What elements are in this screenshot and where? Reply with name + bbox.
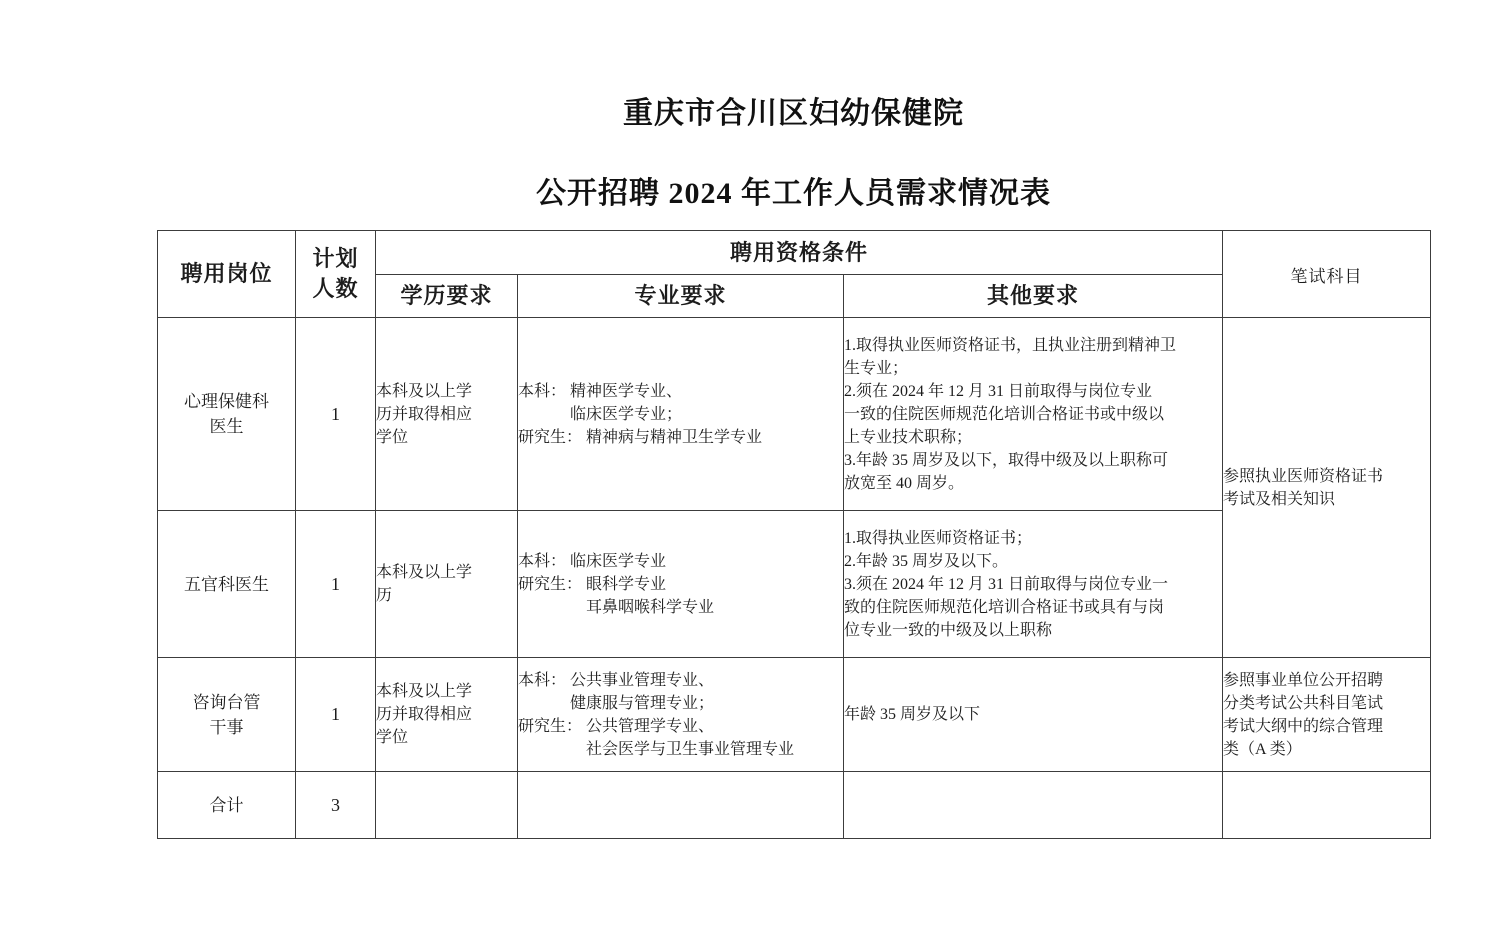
row-major-cell: 本科： 临床医学专业 研究生： 眼科学专业 耳鼻咽喉科学专业 bbox=[518, 511, 844, 658]
header-major: 专业要求 bbox=[518, 275, 844, 318]
page: 重庆市合川区妇幼保健院 公开招聘 2024 年工作人员需求情况表 聘用岗位 计划… bbox=[0, 0, 1500, 938]
document-title: 重庆市合川区妇幼保健院 公开招聘 2024 年工作人员需求情况表 bbox=[157, 94, 1430, 214]
header-other: 其他要求 bbox=[844, 275, 1223, 318]
document-title-line1: 重庆市合川区妇幼保健院 bbox=[623, 97, 964, 130]
table-row-total: 合计 3 bbox=[158, 772, 1431, 839]
row-other-cell: 1.取得执业医师资格证书，且执业注册到精神卫 生专业； 2.须在 2024 年 … bbox=[844, 318, 1223, 511]
document-title-line2: 公开招聘 2024 年工作人员需求情况表 bbox=[536, 177, 1051, 210]
row-position-cell: 咨询台管 干事 bbox=[158, 658, 296, 772]
row-count-cell: 1 bbox=[296, 511, 376, 658]
total-other-cell bbox=[844, 772, 1223, 839]
row-written-exam-cell: 参照事业单位公开招聘 分类考试公共科目笔试 考试大纲中的综合管理 类（A 类） bbox=[1223, 658, 1431, 772]
header-planned-count: 计划 人数 bbox=[296, 231, 376, 318]
row-count-cell: 1 bbox=[296, 658, 376, 772]
header-row-top: 聘用岗位 计划 人数 聘用资格条件 笔试科目 bbox=[158, 231, 1431, 275]
row-education-cell: 本科及以上学 历 bbox=[376, 511, 518, 658]
row-position-cell: 心理保健科 医生 bbox=[158, 318, 296, 511]
header-qualification: 聘用资格条件 bbox=[376, 231, 1223, 275]
total-education-cell bbox=[376, 772, 518, 839]
table-row: 咨询台管 干事 1 本科及以上学 历并取得相应 学位 本科： 公共事业管理专业、… bbox=[158, 658, 1431, 772]
row-major-cell: 本科： 公共事业管理专业、 健康服与管理专业； 研究生： 公共管理学专业、 社会… bbox=[518, 658, 844, 772]
header-education: 学历要求 bbox=[376, 275, 518, 318]
header-position: 聘用岗位 bbox=[158, 231, 296, 318]
header-written-exam: 笔试科目 bbox=[1223, 231, 1431, 318]
row-position-cell: 五官科医生 bbox=[158, 511, 296, 658]
total-count-cell: 3 bbox=[296, 772, 376, 839]
row-written-exam-cell: 参照执业医师资格证书 考试及相关知识 bbox=[1223, 318, 1431, 658]
total-major-cell bbox=[518, 772, 844, 839]
row-other-cell: 1.取得执业医师资格证书； 2.年龄 35 周岁及以下。 3.须在 2024 年… bbox=[844, 511, 1223, 658]
row-education-cell: 本科及以上学 历并取得相应 学位 bbox=[376, 658, 518, 772]
row-other-cell: 年龄 35 周岁及以下 bbox=[844, 658, 1223, 772]
total-written-exam-cell bbox=[1223, 772, 1431, 839]
table-row: 心理保健科 医生 1 本科及以上学 历并取得相应 学位 本科： 精神医学专业、 … bbox=[158, 318, 1431, 511]
total-label-cell: 合计 bbox=[158, 772, 296, 839]
row-major-cell: 本科： 精神医学专业、 临床医学专业； 研究生： 精神病与精神卫生学专业 bbox=[518, 318, 844, 511]
row-education-cell: 本科及以上学 历并取得相应 学位 bbox=[376, 318, 518, 511]
recruitment-table: 聘用岗位 计划 人数 聘用资格条件 笔试科目 学历要求 专业要求 其他要求 心理… bbox=[157, 230, 1431, 839]
row-count-cell: 1 bbox=[296, 318, 376, 511]
